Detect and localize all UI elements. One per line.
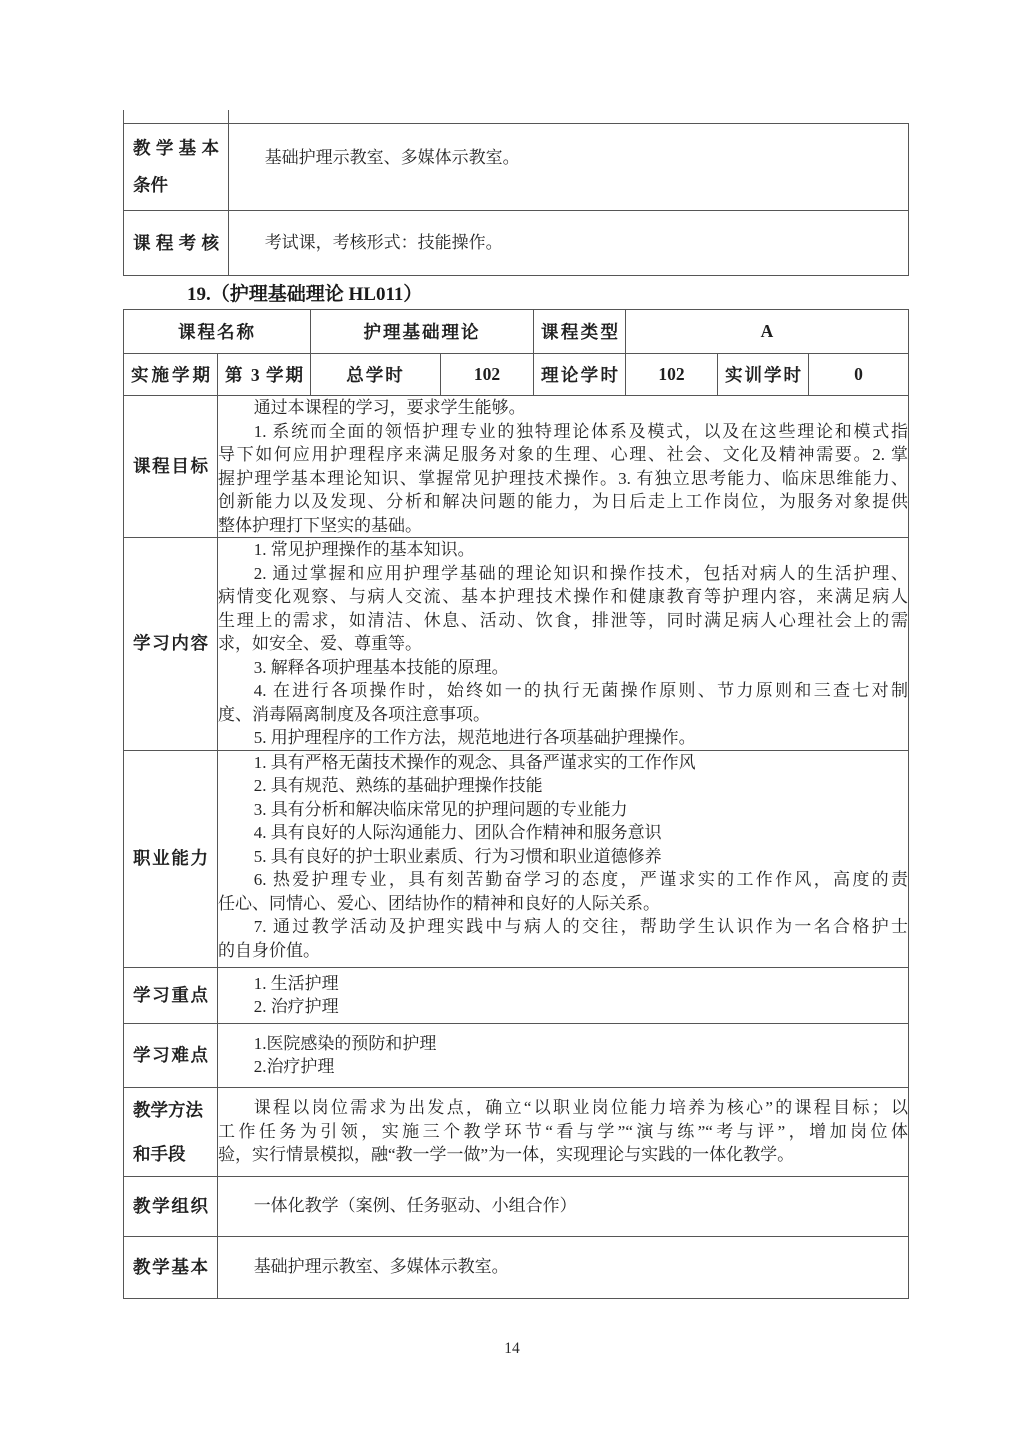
content-line: 工作任务为引领，实施三个教学环节“看与学”“演与练”“考与评”，增加岗位体 [218, 1120, 908, 1144]
page-number: 14 [0, 1340, 1024, 1358]
content-line: 基础护理示教室、多媒体示教室。 [229, 146, 908, 170]
table-border-stub-left [123, 110, 124, 124]
content-line: 6. 热爱护理专业，具有刻苦勤奋学习的态度，严谨求实的工作作风，高度的责 [218, 868, 908, 892]
course-table: 课程名称 护理基础理论 课程类型 A 实施学期 第 3 学期 总学时 [123, 309, 909, 1299]
course-name-value: 护理基础理论 [311, 319, 533, 344]
content-line: 整体护理打下坚实的基础。 [218, 514, 908, 538]
content-line: 5. 具有良好的护士职业素质、行为习惯和职业道德修养 [218, 845, 908, 869]
content-line: 验，实行情景模拟，融“教一学一做”为一体，实现理论与实践的一体化教学。 [218, 1143, 908, 1167]
table-row-learning-difficulties: 学习难点 1.医院感染的预防和护理 2.治疗护理 [124, 1023, 909, 1087]
theory-hours-value: 102 [626, 364, 717, 385]
previous-course-table: 教学基本 条件 基础护理示教室、多媒体示教室。 课程考核 考试课，考核形式：技能… [123, 123, 909, 276]
cell-learning-difficulties: 1.医院感染的预防和护理 2.治疗护理 [218, 1023, 909, 1087]
row-label-course-assessment: 课程考核 [124, 211, 229, 276]
course-type-label: 课程类型 [534, 319, 625, 344]
total-hours-label: 总学时 [311, 362, 440, 387]
content-line: 一体化教学（案例、任务驱动、小组合作） [218, 1194, 908, 1218]
row-label-course-objectives: 课程目标 [124, 396, 218, 538]
cell-professional-abilities: 1. 具有严格无菌技术操作的观念、具备严谨求实的工作作风 2. 具有规范、熟练的… [218, 750, 909, 967]
table-row-teaching-basic: 教学基本 基础护理示教室、多媒体示教室。 [124, 1236, 909, 1298]
content-line: 1. 具有严格无菌技术操作的观念、具备严谨求实的工作作风 [218, 751, 908, 775]
content-line: 2. 通过掌握和应用护理学基础的理论知识和操作技术，包括对病人的生活护理、 [218, 562, 908, 586]
content-line: 求，如安全、爱、尊重等。 [218, 632, 908, 656]
row-label-learning-focus: 学习重点 [124, 967, 218, 1023]
table-border-stub-right [228, 110, 229, 124]
content-line: 病情变化观察、与病人交流、基本护理技术操作和健康教育等护理内容，来满足病人 [218, 585, 908, 609]
training-hours-value: 0 [809, 364, 908, 385]
course-type-value: A [626, 321, 908, 342]
course-name-label-cell: 课程名称 [124, 310, 311, 354]
course-type-value-cell: A [626, 310, 909, 354]
section-heading: 19.（护理基础理论 HL011） [187, 279, 422, 306]
row-label-line: 教学基本 [124, 130, 228, 167]
document-page: 教学基本 条件 基础护理示教室、多媒体示教室。 课程考核 考试课，考核形式：技能… [0, 0, 1024, 1448]
content-line: 1. 生活护理 [218, 972, 908, 996]
content-line: 创新能力以及发现、分析和解决问题的能力，为日后走上工作岗位，为服务对象提供 [218, 490, 908, 514]
course-name-label: 课程名称 [124, 319, 310, 344]
content-line: 2. 治疗护理 [218, 995, 908, 1019]
cell-teaching-basic-conditions: 基础护理示教室、多媒体示教室。 [229, 124, 909, 211]
content-line: 通过本课程的学习，要求学生能够。 [218, 396, 908, 420]
content-line: 的自身价值。 [218, 939, 908, 963]
cell-learning-content: 1. 常见护理操作的基本知识。 2. 通过掌握和应用护理学基础的理论知识和操作技… [218, 538, 909, 751]
training-hours-label-cell: 实训学时 [718, 354, 809, 396]
content-line: 考试课，考核形式：技能操作。 [229, 231, 908, 255]
table-row-teaching-methods: 教学方法 和手段 课程以岗位需求为出发点，确立“以职业岗位能力培养为核心”的课程… [124, 1087, 909, 1176]
content-line: 任心、同情心、爱心、团结协作的精神和良好的人际关系。 [218, 892, 908, 916]
table-row-hours: 实施学期 第 3 学期 总学时 102 理论学时 102 实训学时 0 [124, 354, 909, 396]
row-label-line: 学习难点 [124, 1037, 217, 1074]
cell-teaching-methods: 课程以岗位需求为出发点，确立“以职业岗位能力培养为核心”的课程目标；以 工作任务… [218, 1087, 909, 1176]
row-label-line: 条件 [124, 167, 228, 204]
row-label-line: 教学组织 [124, 1188, 217, 1225]
cell-course-assessment: 考试课，考核形式：技能操作。 [229, 211, 909, 276]
content-line: 课程以岗位需求为出发点，确立“以职业岗位能力培养为核心”的课程目标；以 [218, 1096, 908, 1120]
row-label-line: 职业能力 [124, 840, 217, 877]
theory-hours-label: 理论学时 [534, 362, 625, 387]
table-row: 课程考核 考试课，考核形式：技能操作。 [124, 211, 909, 276]
semester-value-cell: 第 3 学期 [218, 354, 311, 396]
cell-course-objectives: 通过本课程的学习，要求学生能够。 1. 系统而全面的领悟护理专业的独特理论体系及… [218, 396, 909, 538]
content-line: 5. 用护理程序的工作方法，规范地进行各项基础护理操作。 [218, 726, 908, 750]
course-name-value-cell: 护理基础理论 [311, 310, 534, 354]
table-row: 教学基本 条件 基础护理示教室、多媒体示教室。 [124, 124, 909, 211]
content-line: 7. 通过教学活动及护理实践中与病人的交往，帮助学生认识作为一名合格护士 [218, 915, 908, 939]
content-line: 基础护理示教室、多媒体示教室。 [218, 1255, 908, 1279]
table-row-teaching-organization: 教学组织 一体化教学（案例、任务驱动、小组合作） [124, 1176, 909, 1236]
training-hours-label: 实训学时 [718, 362, 808, 387]
row-label-line: 教学基本 [124, 1249, 217, 1286]
content-line: 导下如何应用护理程序来满足服务对象的生理、心理、社会、文化及精神需要。2. 掌 [218, 443, 908, 467]
semester-value: 第 3 学期 [218, 362, 310, 387]
cell-teaching-organization: 一体化教学（案例、任务驱动、小组合作） [218, 1176, 909, 1236]
theory-hours-label-cell: 理论学时 [534, 354, 626, 396]
cell-teaching-basic: 基础护理示教室、多媒体示教室。 [218, 1236, 909, 1298]
total-hours-label-cell: 总学时 [311, 354, 441, 396]
content-line: 3. 具有分析和解决临床常见的护理问题的专业能力 [218, 798, 908, 822]
row-label-learning-difficulties: 学习难点 [124, 1023, 218, 1087]
table-row-learning-content: 学习内容 1. 常见护理操作的基本知识。 2. 通过掌握和应用护理学基础的理论知… [124, 538, 909, 751]
row-label-line: 课程考核 [124, 225, 228, 262]
content-line: 握护理学基本理论知识、掌握常见护理技术操作。3. 有独立思考能力、临床思维能力、 [218, 467, 908, 491]
content-line: 2.治疗护理 [218, 1055, 908, 1079]
total-hours-value-cell: 102 [441, 354, 534, 396]
content-line: 2. 具有规范、熟练的基础护理操作技能 [218, 774, 908, 798]
content-line: 1. 系统而全面的领悟护理专业的独特理论体系及模式，以及在这些理论和模式指 [218, 420, 908, 444]
content-line: 1. 常见护理操作的基本知识。 [218, 538, 908, 562]
table-row-professional-abilities: 职业能力 1. 具有严格无菌技术操作的观念、具备严谨求实的工作作风 2. 具有规… [124, 750, 909, 967]
row-label-line: 学习重点 [124, 977, 217, 1014]
content-line: 度、消毒隔离制度及各项注意事项。 [218, 703, 908, 727]
content-line: 4. 具有良好的人际沟通能力、团队合作精神和服务意识 [218, 821, 908, 845]
content-line: 4. 在进行各项操作时，始终如一的执行无菌操作原则、节力原则和三查七对制 [218, 679, 908, 703]
table-row-course-name: 课程名称 护理基础理论 课程类型 A [124, 310, 909, 354]
row-label-line: 和手段 [124, 1132, 217, 1176]
content-line: 生理上的需求，如清洁、休息、活动、饮食，排泄等，同时满足病人心理社会上的需 [218, 609, 908, 633]
course-type-label-cell: 课程类型 [534, 310, 626, 354]
row-label-line: 教学方法 [124, 1088, 217, 1132]
table-row-course-objectives: 课程目标 通过本课程的学习，要求学生能够。 1. 系统而全面的领悟护理专业的独特… [124, 396, 909, 538]
content-line: 3. 解释各项护理基本技能的原理。 [218, 656, 908, 680]
row-label-teaching-methods: 教学方法 和手段 [124, 1087, 218, 1176]
theory-hours-value-cell: 102 [626, 354, 718, 396]
content-line: 1.医院感染的预防和护理 [218, 1032, 908, 1056]
row-label-teaching-basic: 教学基本 [124, 1236, 218, 1298]
row-label-line: 学习内容 [124, 625, 217, 662]
semester-label-cell: 实施学期 [124, 354, 218, 396]
row-label-professional-abilities: 职业能力 [124, 750, 218, 967]
table-row-learning-focus: 学习重点 1. 生活护理 2. 治疗护理 [124, 967, 909, 1023]
semester-label: 实施学期 [124, 362, 217, 387]
row-label-teaching-organization: 教学组织 [124, 1176, 218, 1236]
row-label-teaching-basic-conditions: 教学基本 条件 [124, 124, 229, 211]
total-hours-value: 102 [441, 364, 533, 385]
row-label-learning-content: 学习内容 [124, 538, 218, 751]
row-label-line: 课程目标 [124, 448, 217, 485]
cell-learning-focus: 1. 生活护理 2. 治疗护理 [218, 967, 909, 1023]
training-hours-value-cell: 0 [809, 354, 909, 396]
